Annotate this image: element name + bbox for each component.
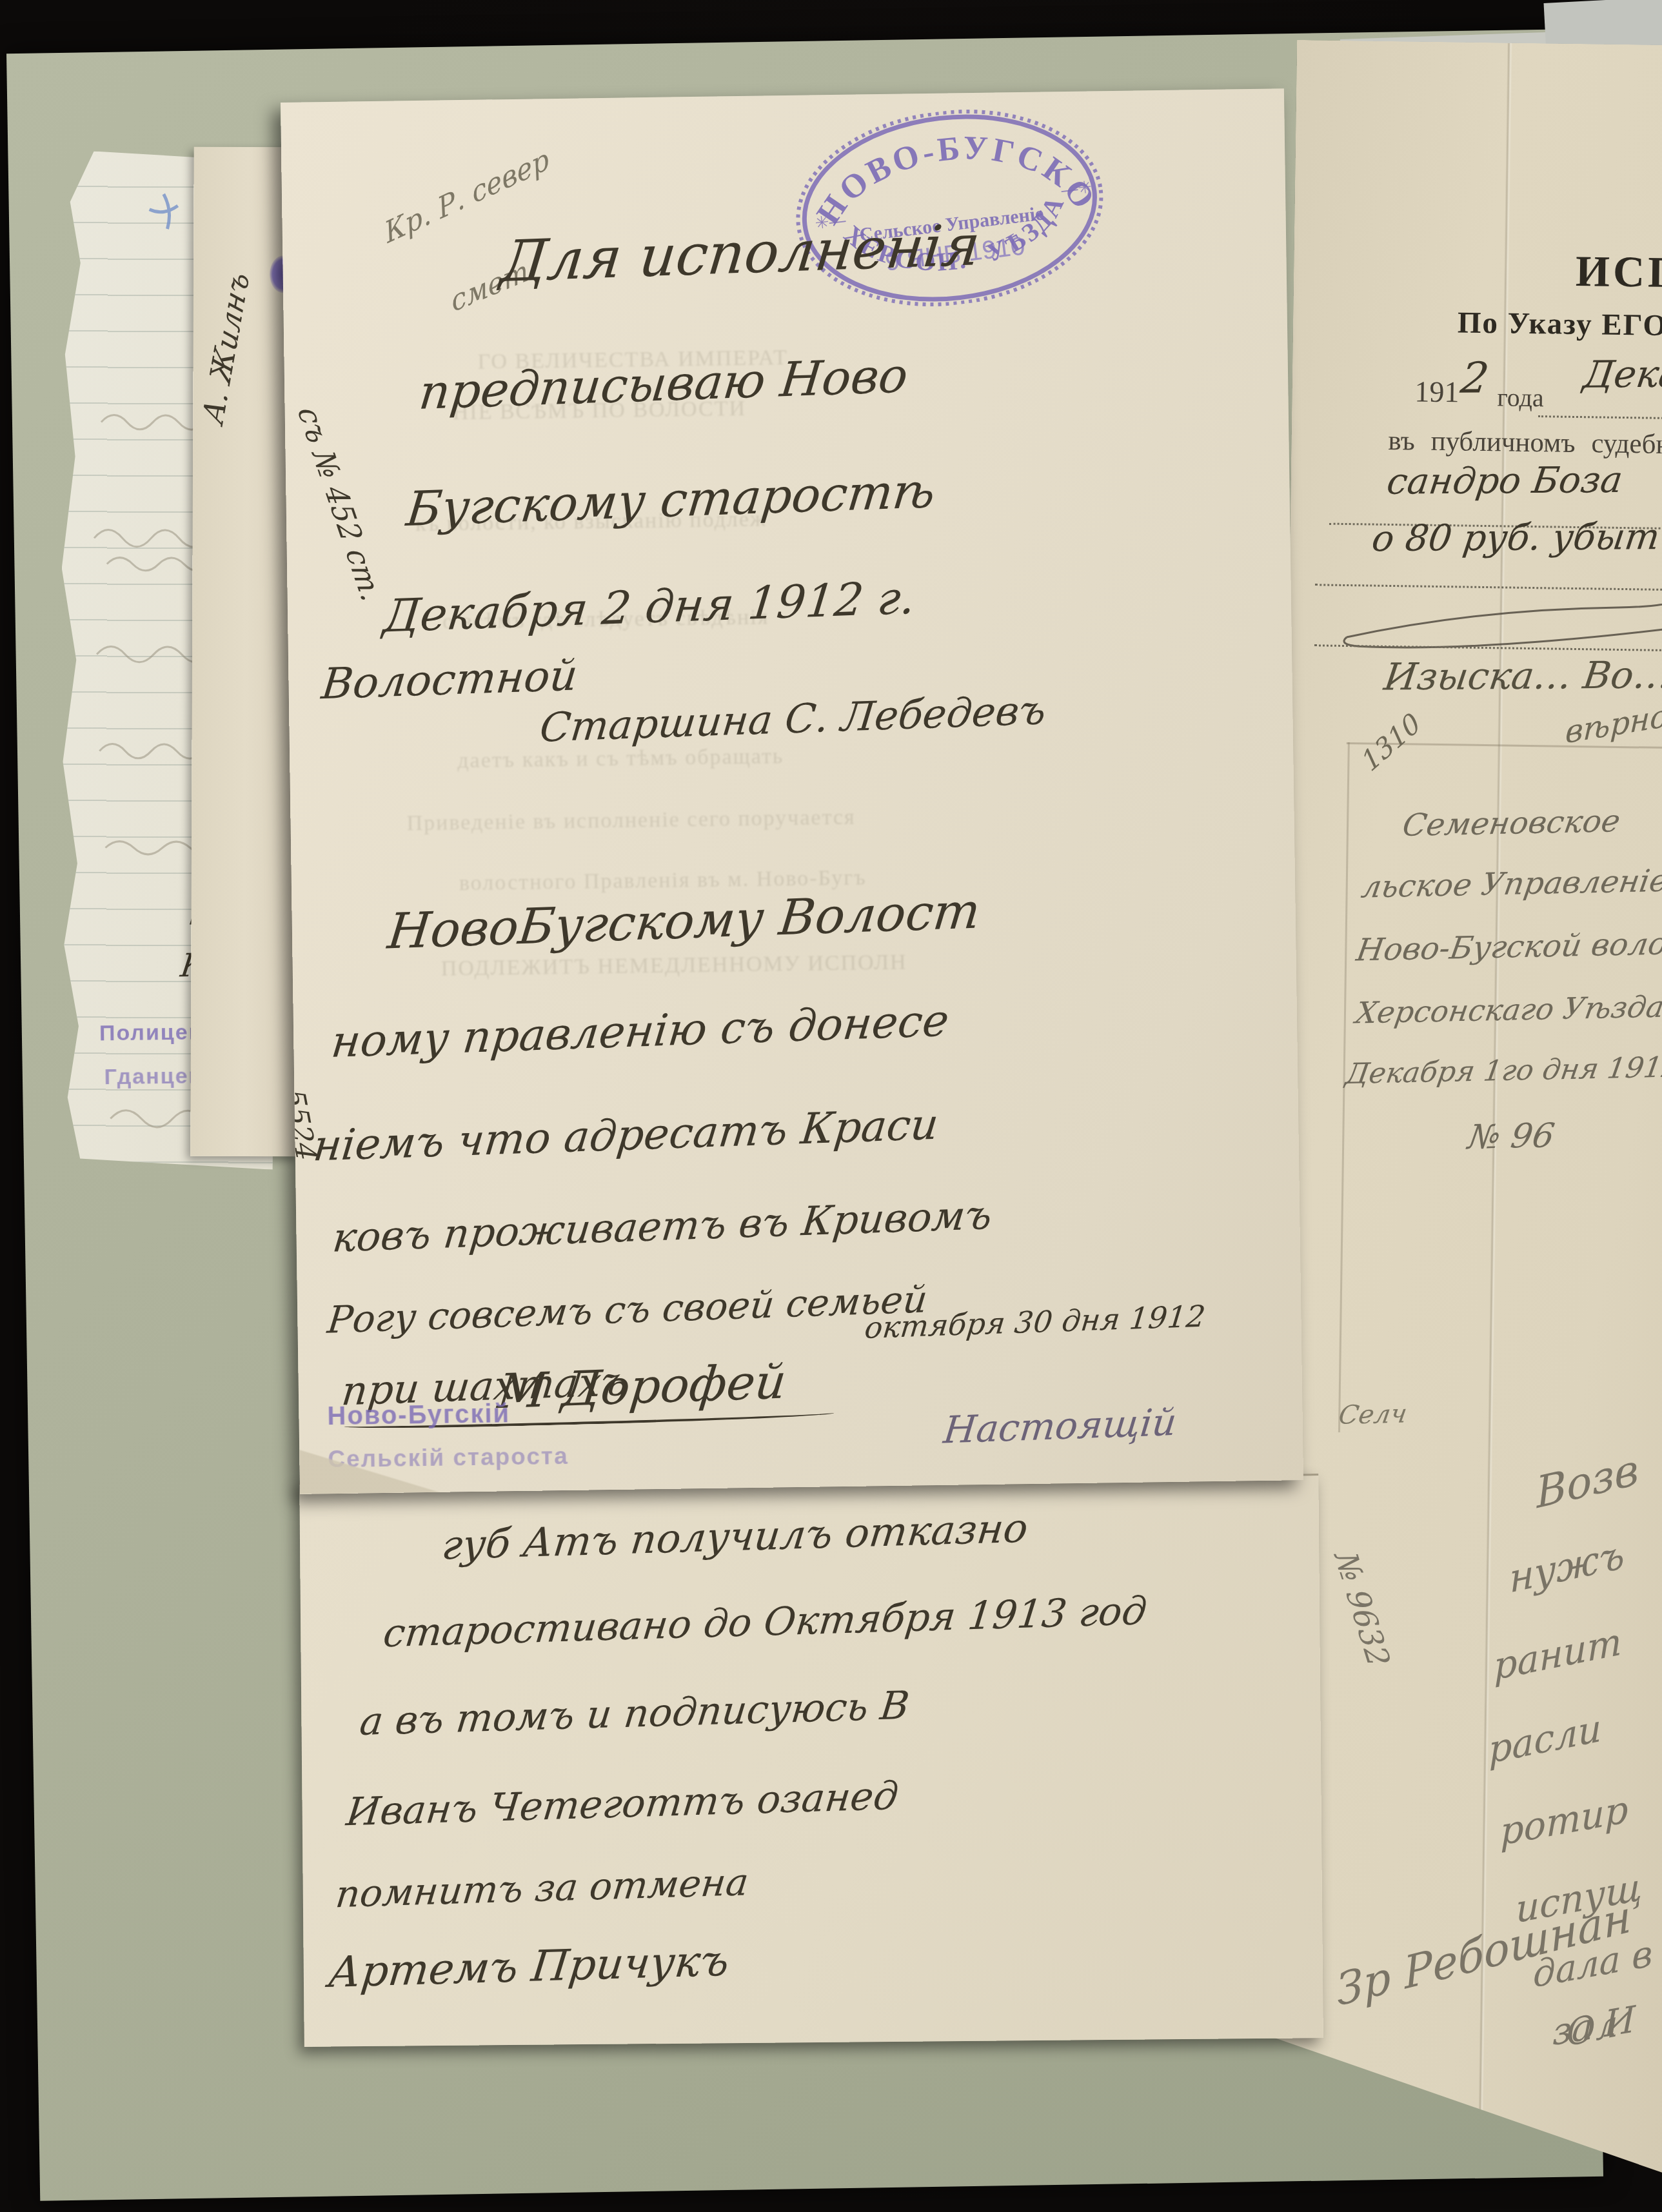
pencil-column-fragment: ранит: [1493, 1623, 1622, 1686]
folded-paper-corner: [299, 1447, 442, 1494]
receipt-signature: Артемъ Причукъ: [326, 1940, 731, 1994]
oval-village-stamp: НОВО-БУГСКОЕ Сельское Управленіе 9 ЯНВ 1…: [784, 94, 1114, 322]
receipt-line: Иванъ Четеготтъ озанед: [344, 1777, 900, 1832]
elder-stamp-line-1: Ново-Бугскій: [327, 1401, 510, 1429]
report-line: ковъ проживаетъ въ Кривомъ: [331, 1195, 994, 1258]
pencil-diagonal-fragment: Ол: [1566, 2006, 1618, 2053]
handwritten-year-digit: 2: [1458, 357, 1491, 400]
blue-pencil-mark: [150, 194, 178, 229]
handwritten-sum-fragment: о 80 руб. убыт: [1370, 519, 1662, 557]
order-line: Волостной: [320, 654, 580, 706]
corner-number-annotation: 1310: [1358, 709, 1425, 776]
verno-annotation: вѣрно: [1565, 700, 1662, 748]
printed-writ-page: ИСПОЛ По Указу ЕГО 191 2 года Дека въ пу…: [1267, 40, 1662, 2173]
order-line: Декабря 2 дня 1912 г.: [381, 575, 917, 639]
sideways-signature: А. Жилнъ: [198, 268, 253, 427]
receipt-line: губ Атъ получилъ отказно: [440, 1508, 1030, 1566]
form-dotted-line: [1538, 415, 1662, 419]
writ-title-fragment: ИСПОЛ: [1576, 249, 1662, 295]
stamp-right-ornament: —✳: [1060, 177, 1093, 199]
writ-subtitle-fragment: По Указу ЕГО: [1458, 308, 1662, 341]
letterhead-line: Херсонскаго Уѣзда: [1354, 992, 1662, 1028]
closing-word: Настоящій: [942, 1403, 1178, 1449]
report-line: НовоБугскому Волост: [386, 886, 983, 956]
bottom-receipt-page: губ Атъ получилъ отказно старостивано до…: [299, 1474, 1323, 2047]
printed-year-suffix: года: [1497, 384, 1544, 411]
main-handwritten-order: ГО ВЕЛИЧЕСТВА ИМПЕРАТ НІЕ ВСѢМЪ ПО ВОЛОС…: [281, 88, 1303, 1494]
receipt-line: старостивано до Октября 1913 год: [381, 1592, 1149, 1653]
printed-form-line: въ публичномъ судебномъ: [1388, 427, 1662, 459]
letterhead-date-line: Декабря 1го дня 1912 года: [1344, 1052, 1662, 1089]
archival-photo-canvas: Полицейскій Уряд Гданцевскаго За про и К…: [0, 0, 1662, 2212]
starosta-signature: М Дорофей: [495, 1358, 788, 1416]
handwritten-name-fragment: сандро Боза: [1385, 462, 1625, 500]
letterhead-line: Ново-Бугской волости: [1354, 927, 1662, 965]
margin-case-number: съ № 452 ст.: [293, 405, 388, 603]
small-pencil-fragment: Селч: [1337, 1401, 1409, 1428]
cursive-line-fragment: Изыска… Во…: [1382, 656, 1662, 695]
pencil-column-fragment: ротир: [1500, 1790, 1628, 1852]
order-line: Бугскому старостѣ: [404, 467, 938, 533]
letterhead-number: № 96: [1466, 1119, 1557, 1154]
pencil-column-fragment: нужъ: [1509, 1535, 1625, 1599]
receipt-line: а въ томъ и подписуюсь В: [358, 1686, 911, 1741]
letterhead-line: льское Управленіе: [1360, 865, 1662, 903]
receipt-line: помнитъ за отмена: [334, 1863, 751, 1913]
pencil-column-fragment: расли: [1488, 1709, 1601, 1770]
printed-year: 191: [1414, 377, 1459, 407]
showthrough-print: Приведеніе въ исполненіе сего поручается: [406, 807, 855, 835]
pencil-column-fragment: Возв: [1535, 1448, 1639, 1515]
letterhead-line: Семеновское: [1400, 805, 1622, 841]
elder-signature-line: Старшина С. Лебедевъ: [538, 690, 1048, 747]
report-line: ному правленію съ донесе: [329, 1000, 951, 1065]
report-line: Рогу совсемъ съ своей семьей: [326, 1280, 929, 1338]
sideways-file-number: № 9632: [1329, 1550, 1394, 1668]
order-line: Для исполненія: [499, 217, 983, 290]
showthrough-print: ПОДЛЕЖИТЪ НЕМЕДЛЕННОМУ ИСПОЛН: [441, 952, 907, 980]
handwritten-month: Дека: [1581, 355, 1662, 393]
report-line: ніемъ что адресатъ Краси: [312, 1103, 940, 1168]
showthrough-print: даетъ какъ и съ тѣмъ обращать: [457, 746, 784, 772]
